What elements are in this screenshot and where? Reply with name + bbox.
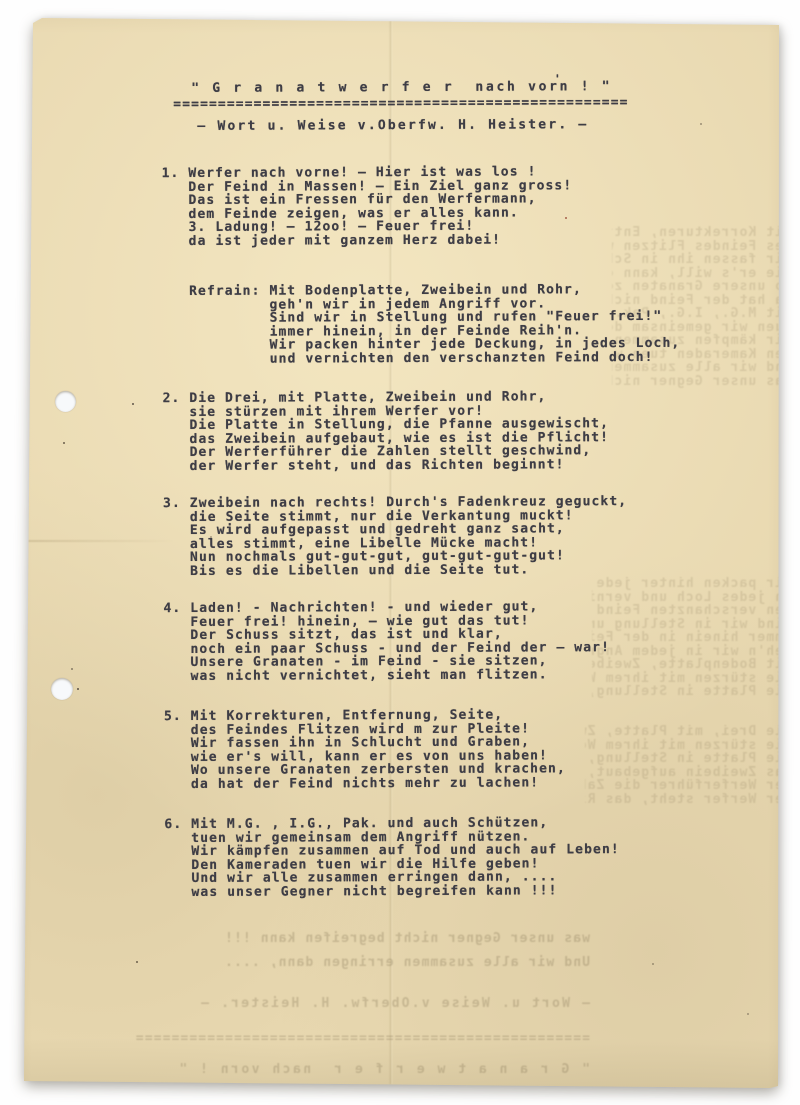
song-title: " G r a n a t w e r f e r nach vorn ! "	[191, 79, 612, 96]
lyric-line: was nicht vernichtet, sieht man flitzen.	[164, 668, 610, 683]
stanza-1: 1. Werfer nach vorne! — Hier ist was los…	[162, 165, 573, 248]
lyric-line: der Werfer steht, und das Richten beginn…	[163, 458, 609, 473]
stanza-2: 2. Die Drei, mit Platte, Zweibein und Ro…	[163, 390, 610, 473]
lyric-line: da hat der Feind nichts mehr zu lachen!	[164, 776, 566, 791]
lyric-line: was unser Gegner nicht begreifen kann !!…	[165, 884, 620, 899]
stanza-3: 3. Zweibein nach rechts! Durch's Fadenkr…	[163, 495, 628, 578]
stanza-6: 6. Mit M.G. , I.G., Pak. und auch Schütz…	[164, 816, 620, 899]
stanza-4: 4. Laden! - Nachrichten! - und wieder gu…	[163, 600, 610, 683]
lyric-text: und vernichten den verschanzten Feind do…	[270, 349, 654, 366]
lyric-text: was unser Gegner nicht begreifen kann !!…	[191, 883, 557, 900]
title-underline: ========================================…	[173, 96, 628, 111]
punch-hole-bottom	[51, 678, 73, 700]
punch-hole-top	[55, 391, 76, 412]
lyric-text: was nicht vernichtet, sieht man flitzen.	[191, 667, 548, 684]
stanza-number	[162, 233, 189, 248]
lyric-text: Bis es die Libellen und die Seite tut.	[190, 562, 529, 578]
lyric-text: da hat der Feind nichts mehr zu lachen!	[191, 775, 539, 792]
stanza-number	[165, 884, 192, 899]
paper-specks	[0, 0, 2, 2]
refrain: Refrain: Mit Bodenplatte, Zweibein und R…	[189, 283, 680, 366]
lyric-text: der Werfer steht, und das Richten beginn…	[190, 457, 565, 474]
refrain-label	[189, 351, 269, 366]
stanza-5: 5. Mit Korrekturen, Entfernung, Seite, d…	[164, 708, 566, 791]
title-apostrophe-mark: '	[554, 72, 562, 85]
lyric-line: da ist jeder mit ganzem Herz dabei!	[162, 233, 573, 248]
stanza-number	[163, 563, 190, 578]
stanza-number	[164, 776, 191, 791]
lyric-line: Bis es die Libellen und die Seite tut.	[163, 563, 627, 579]
byline: — Wort u. Weise v.Oberfw. H. Heister. —	[197, 117, 588, 134]
lyric-line: und vernichten den verschanzten Feind do…	[189, 350, 680, 366]
lyric-text: da ist jeder mit ganzem Herz dabei!	[189, 232, 502, 248]
photo-background: Mit Korrekturen, Entfernung, des Feindes…	[0, 0, 800, 1105]
typewritten-text-layer: " G r a n a t w e r f e r nach vorn ! " …	[0, 0, 800, 1105]
stanza-number	[163, 458, 190, 473]
document-paper-wrap: Mit Korrekturen, Entfernung, des Feindes…	[0, 0, 800, 1105]
stanza-number	[164, 668, 191, 683]
paper-sheet: Mit Korrekturen, Entfernung, des Feindes…	[0, 0, 800, 1105]
